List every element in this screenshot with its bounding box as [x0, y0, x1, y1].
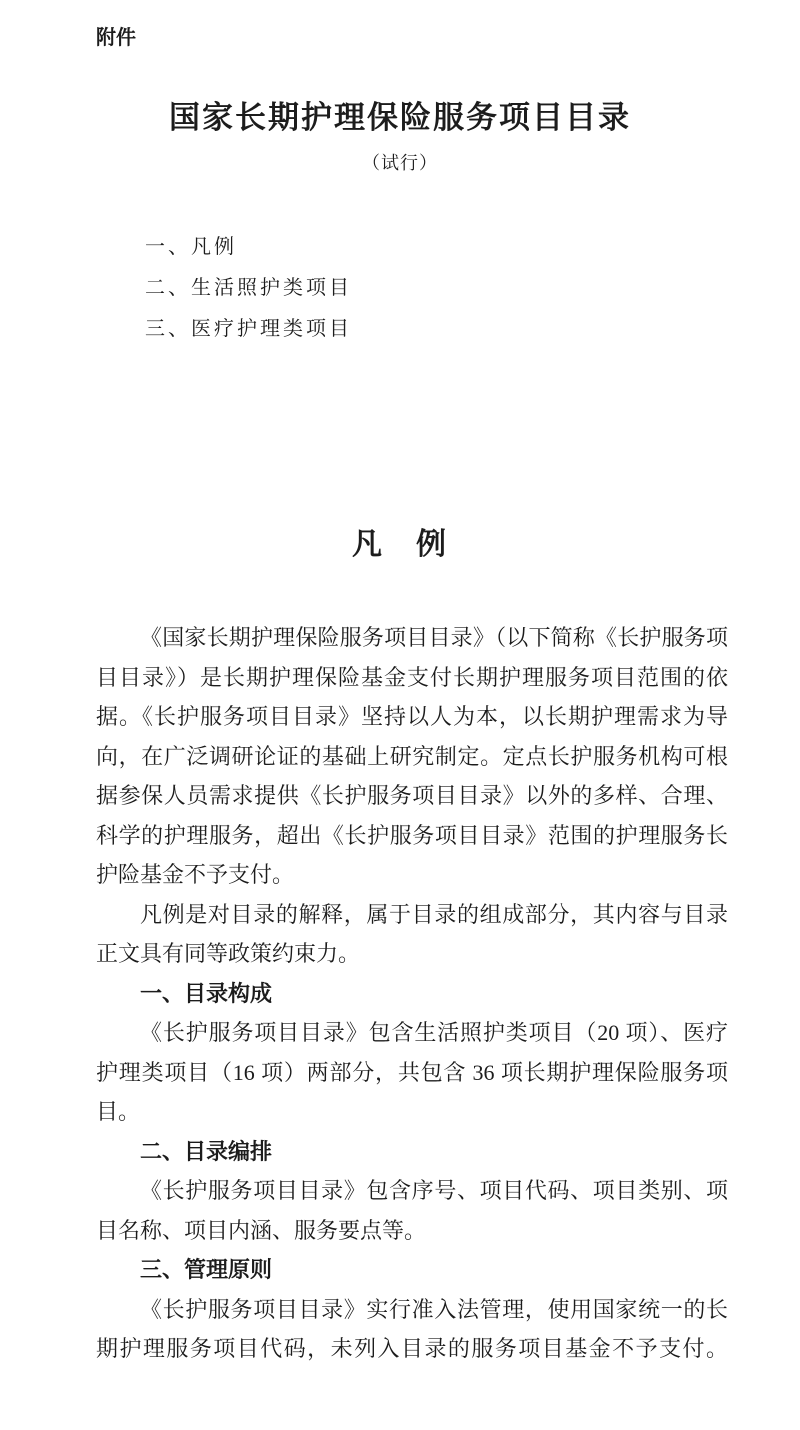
paragraph-intro: 《国家长期护理保险服务项目目录》（以下简称《长护服务项目目录》）是长期护理保险基…	[96, 618, 728, 895]
subsection-heading-management: 三、管理原则	[96, 1250, 728, 1290]
paragraph-arrangement: 《长护服务项目目录》包含序号、项目代码、项目类别、项目名称、项目内涵、服务要点等…	[96, 1171, 728, 1250]
toc-item-medical-care: 三、医疗护理类项目	[145, 309, 800, 350]
subsection-heading-composition: 一、目录构成	[96, 974, 728, 1014]
document-title: 国家长期护理保险服务项目目录	[0, 100, 800, 136]
table-of-contents: 一、凡例 二、生活照护类项目 三、医疗护理类项目	[0, 227, 800, 350]
attachment-label: 附件	[96, 0, 800, 50]
toc-item-life-care: 二、生活照护类项目	[145, 268, 800, 309]
paragraph-fanli-effect: 凡例是对目录的解释，属于目录的组成部分，其内容与目录正文具有同等政策约束力。	[96, 895, 728, 974]
section-heading-fanli: 凡 例	[0, 526, 800, 564]
paragraph-management: 《长护服务项目目录》实行准入法管理，使用国家统一的长期护理服务项目代码，未列入目…	[96, 1290, 728, 1409]
toc-item-fanli: 一、凡例	[145, 227, 800, 268]
document-subtitle: （试行）	[0, 149, 800, 175]
document-body: 《国家长期护理保险服务项目目录》（以下简称《长护服务项目目录》）是长期护理保险基…	[96, 618, 728, 1408]
document-page: 附件 国家长期护理保险服务项目目录 （试行） 一、凡例 二、生活照护类项目 三、…	[0, 0, 800, 1430]
paragraph-composition: 《长护服务项目目录》包含生活照护类项目（20 项）、医疗护理类项目（16 项）两…	[96, 1013, 728, 1132]
subsection-heading-arrangement: 二、目录编排	[96, 1132, 728, 1172]
